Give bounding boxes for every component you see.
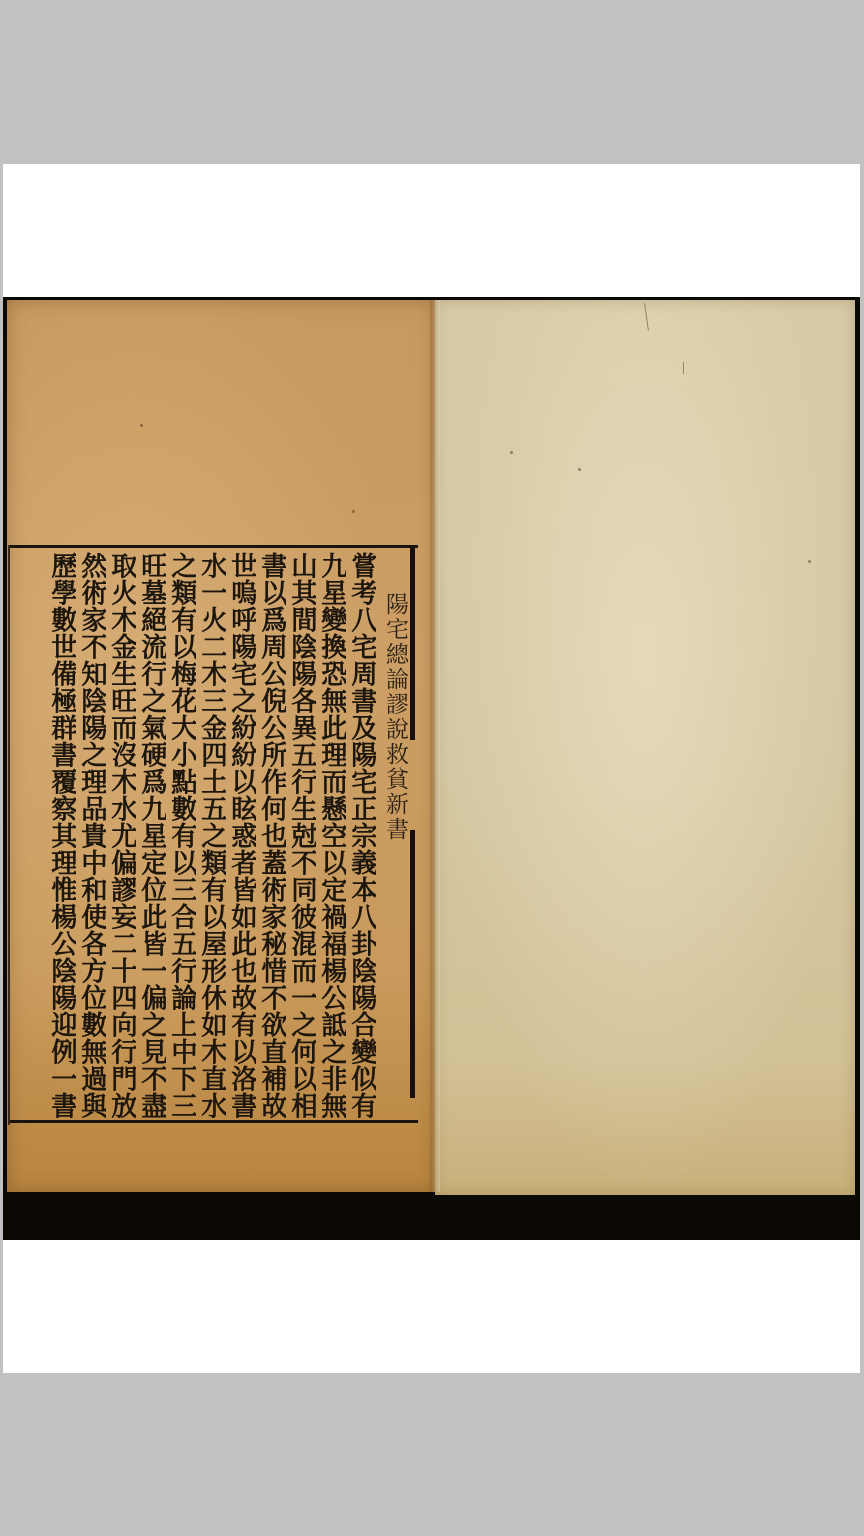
paper-spot: [578, 468, 581, 471]
paper-spot: [140, 424, 143, 427]
text-column-2: 九星變換恐無此理而懸空以定禍福楊公詆之非無見也且一卦管三: [316, 552, 346, 1118]
text-column-1: 嘗考八宅周書及陽宅正宗義本八卦陰陽合變似有可觀然穿宮之說: [346, 552, 376, 1118]
paper-crease: [683, 362, 684, 374]
book-fold: [430, 300, 440, 1192]
document-viewer[interactable]: 陽宅總論謬說救貧新書 嘗考八宅周書及陽宅正宗義本八卦陰陽合變似有可觀然穿宮之說 …: [0, 0, 864, 1536]
text-columns: 陽宅總論謬說救貧新書 嘗考八宅周書及陽宅正宗義本八卦陰陽合變似有可觀然穿宮之說 …: [14, 552, 410, 1118]
paper-spot: [352, 510, 355, 513]
frame-left-rule: [8, 545, 10, 1125]
paper-spot: [808, 560, 811, 563]
text-column-9: 取火木金生旺而沒木水尤偏謬妄二十四向行門放水定例更爲執滯: [106, 552, 136, 1118]
text-column-5: 世嗚呼陽宅之紛紛以眩惑者皆如此也故有以洛書數自論屋層數如: [226, 552, 256, 1118]
text-column-10: 然術家不知陰陽之理品貴中和使各方位數無過與不及而後純粹亨: [76, 552, 106, 1118]
text-column-6: 水一火二木三金四土五之類有以屋形休如木直水曲火尖金圓土方: [196, 552, 226, 1118]
text-column-11: 歷學數世備極群書覆察其理惟楊公陰陽迎例一書爲調變陰陽之具: [46, 552, 76, 1118]
paper-spot: [510, 451, 513, 454]
text-column-3: 山其間陰陽各異五行生尅不同彼混而一之何以相通耶然則世傳是: [286, 552, 316, 1118]
right-page-blank: [435, 300, 855, 1195]
chapter-title: 陽宅總論謬說救貧新書: [376, 552, 410, 1118]
text-column-4: 書以爲周公倪公所作何也蓋術家秘惜不欲直補故匿其眞以僞者行: [256, 552, 286, 1118]
text-column-7: 之類有以梅花大小點數有以三合五行論上中下三數有以十二定王: [166, 552, 196, 1118]
text-column-8: 旺墓絕流行之氣硬爲九星定位此皆一偏之見不盡木未又如三星丘: [136, 552, 166, 1118]
